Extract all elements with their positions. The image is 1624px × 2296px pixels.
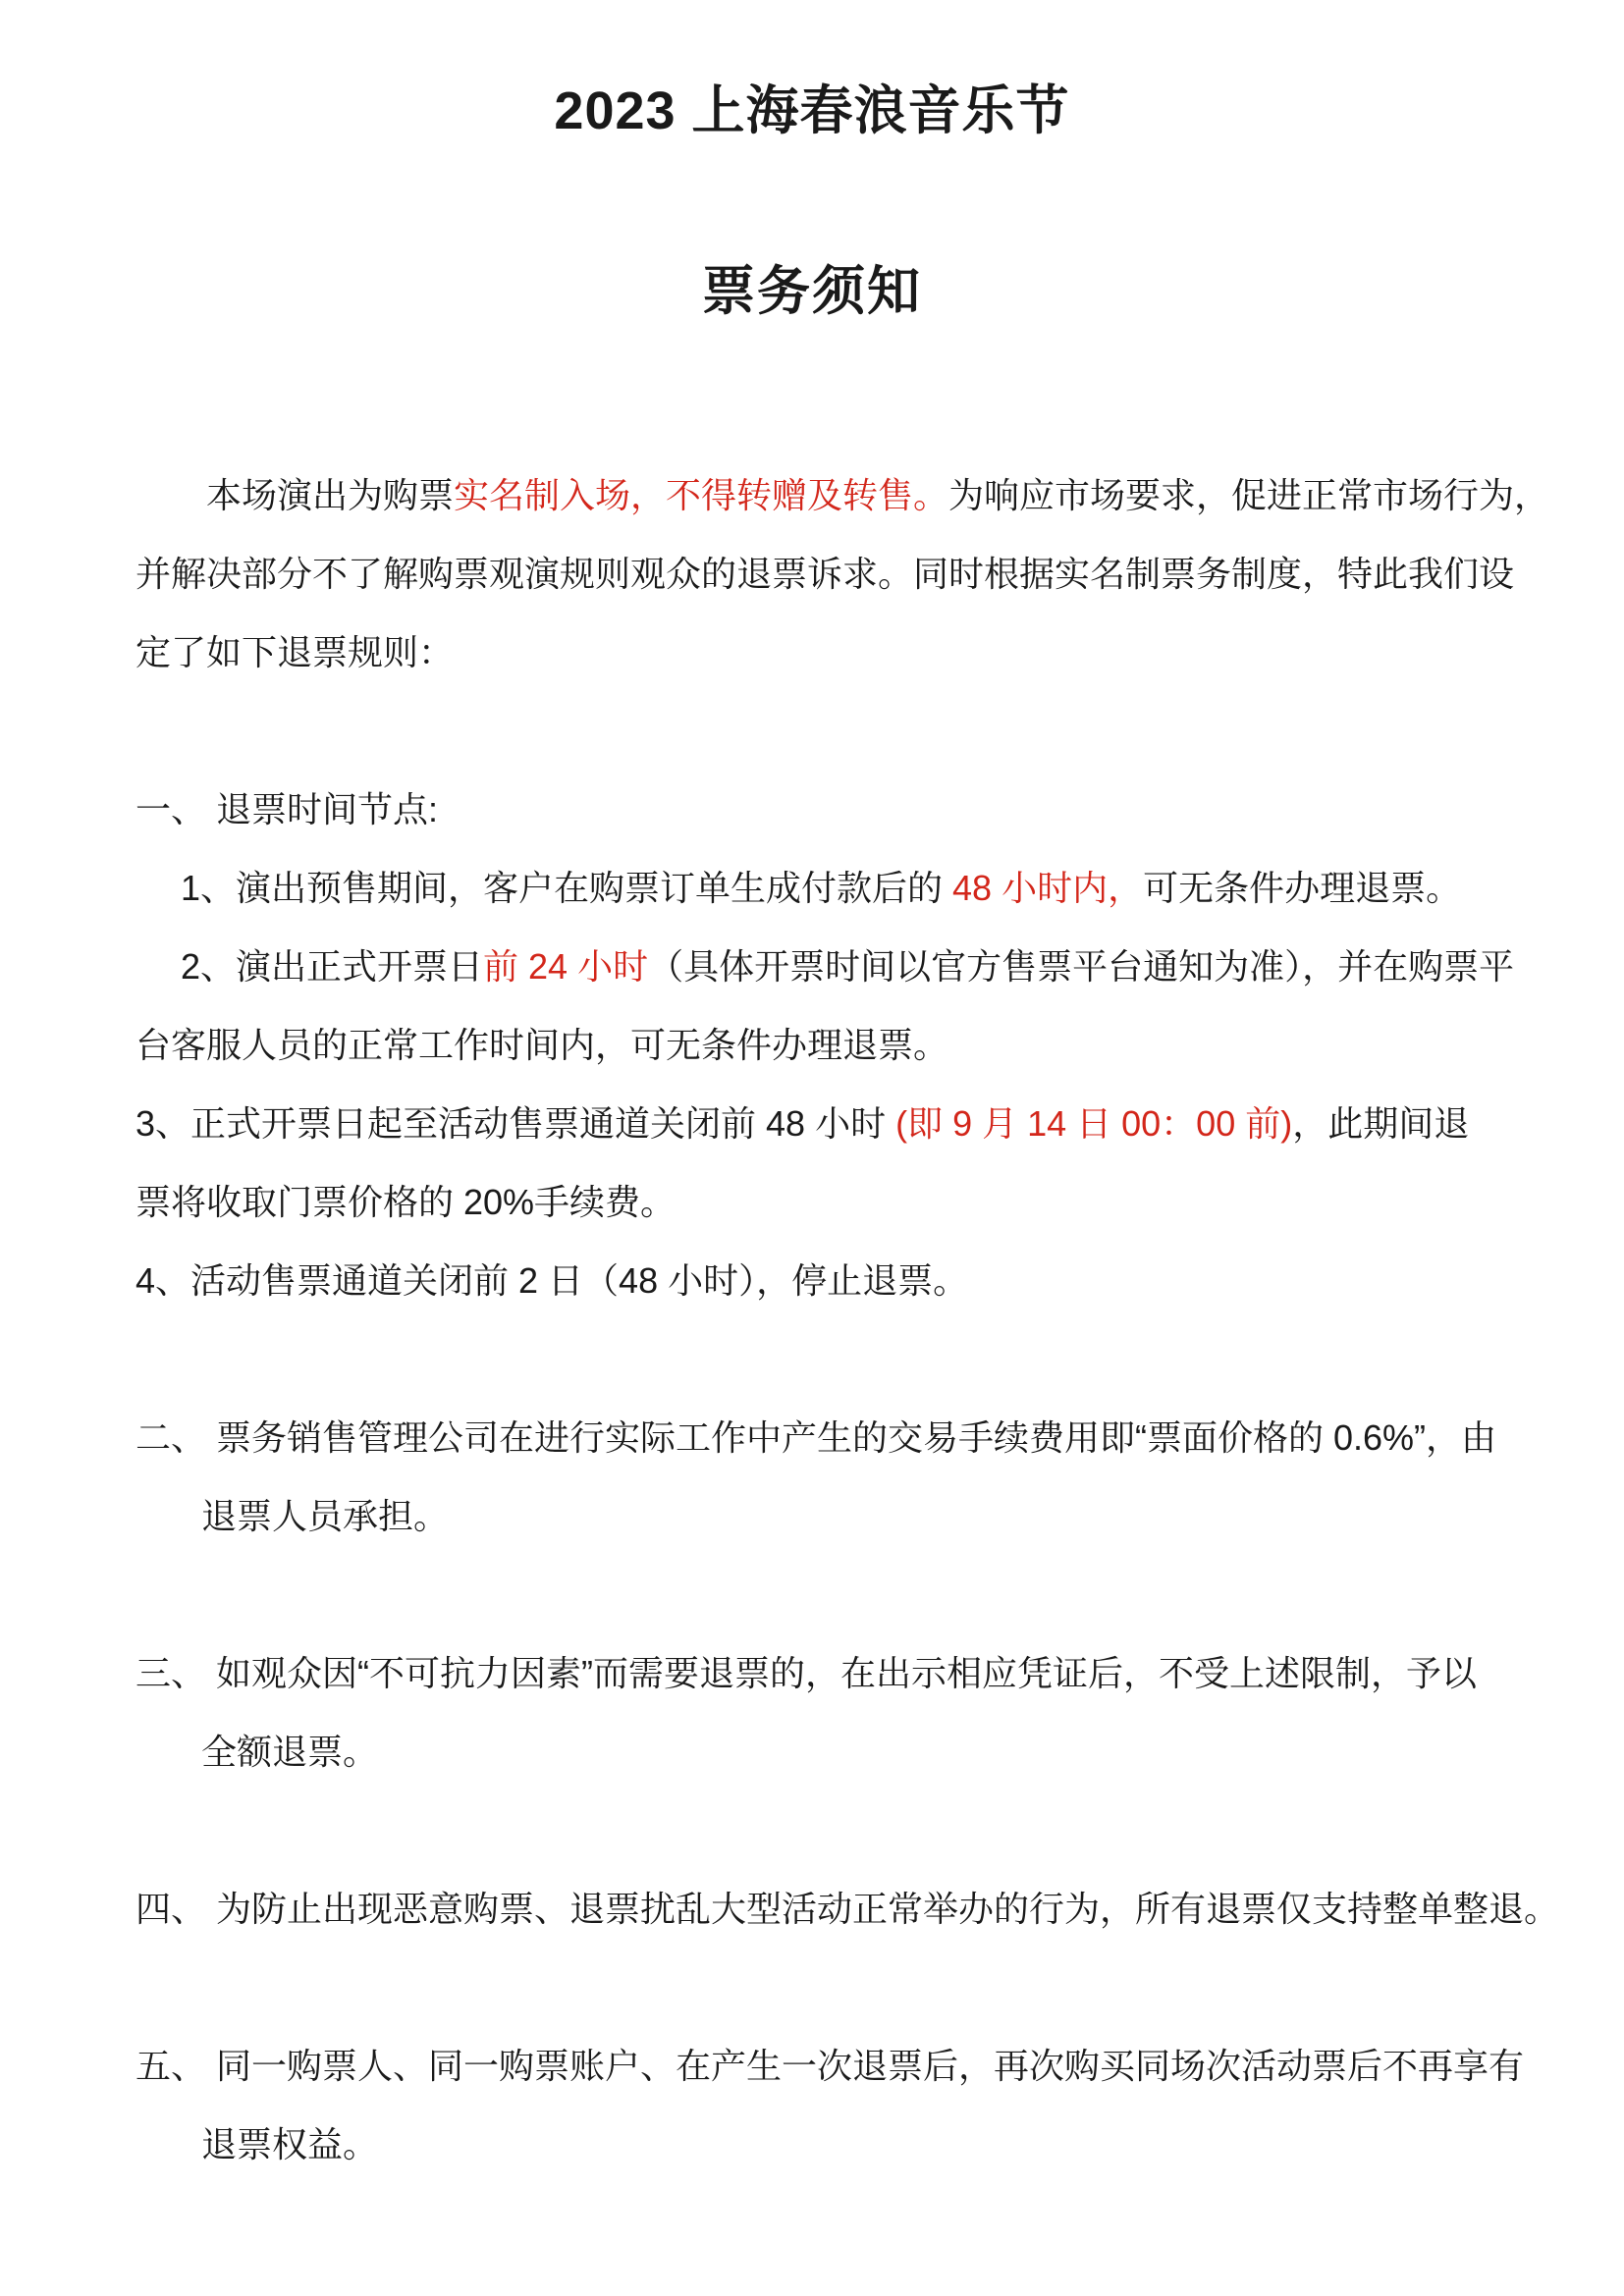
text-segment: 票将收取门票价格的 20%手续费。 [135, 1175, 676, 1225]
text-line: 一、 退票时间节点: [135, 768, 1565, 846]
text-line: 定了如下退票规则： [135, 611, 1565, 689]
text-segment: 可无条件办理退票。 [1143, 861, 1461, 911]
text-segment: 3、正式开票日起至活动售票通道关闭前 48 小时 [135, 1096, 895, 1147]
text-segment: 台客服人员的正常工作时间内，可无条件办理退票。 [135, 1018, 948, 1068]
text-segment: （具体开票时间以官方售票平台通知为准），并在购票平 [648, 939, 1514, 989]
text-segment: 三、 如观众因“不可抗力因素”而需要退票的，在出示相应凭证后，不受上述限制，予以 [135, 1646, 1477, 1696]
text-segment: 退票权益。 [201, 2117, 378, 2167]
text-segment: 2、演出正式开票日 [181, 939, 483, 989]
text-segment: 本场演出为购票 [206, 468, 454, 518]
text-segment: 全额退票。 [201, 1725, 378, 1775]
text-line: 2、演出正式开票日前 24 小时（具体开票时间以官方售票平台通知为准），并在购票… [135, 925, 1565, 1003]
text-line: 票将收取门票价格的 20%手续费。 [135, 1160, 1565, 1239]
highlighted-text: 前 24 小时 [483, 939, 648, 989]
text-segment: 并解决部分不了解购票观演规则观众的退票诉求。同时根据实名制票务制度，特此我们设 [135, 547, 1514, 597]
highlighted-text: 实名制入场，不得转赠及转售。 [454, 468, 948, 518]
text-segment: 五、 同一购票人、同一购票账户、在产生一次退票后，再次购买同场次活动票后不再享有 [135, 2039, 1524, 2089]
document-title: 2023 上海春浪音乐节 [0, 0, 1624, 141]
text-line: 本场演出为购票实名制入场，不得转赠及转售。为响应市场要求，促进正常市场行为， [135, 454, 1565, 532]
text-segment: 1、演出预售期间，客户在购票订单生成付款后的 [181, 861, 952, 911]
text-segment: 退票人员承担。 [201, 1489, 449, 1539]
line-spacer [135, 1789, 1565, 1867]
text-line: 二、 票务销售管理公司在进行实际工作中产生的交易手续费用即“票面价格的 0.6%… [135, 1396, 1565, 1474]
text-line: 3、正式开票日起至活动售票通道关闭前 48 小时 (即 9 月 14 日 00：… [135, 1082, 1565, 1160]
text-line: 4、活动售票通道关闭前 2 日（48 小时），停止退票。 [135, 1239, 1565, 1317]
text-line: 退票人员承担。 [135, 1474, 1565, 1553]
text-segment: 一、 退票时间节点: [135, 782, 438, 832]
text-line: 全额退票。 [135, 1710, 1565, 1789]
text-line: 并解决部分不了解购票观演规则观众的退票诉求。同时根据实名制票务制度，特此我们设 [135, 532, 1565, 611]
document-subtitle: 票务须知 [0, 261, 1624, 322]
highlighted-text: 48 小时内， [952, 861, 1143, 911]
line-spacer [135, 1946, 1565, 2024]
line-spacer [135, 1317, 1565, 1396]
line-spacer [135, 689, 1565, 768]
text-segment: 为响应市场要求，促进正常市场行为， [948, 468, 1549, 518]
text-line: 台客服人员的正常工作时间内，可无条件办理退票。 [135, 1003, 1565, 1082]
text-line: 四、 为防止出现恶意购票、退票扰乱大型活动正常举办的行为，所有退票仅支持整单整退… [135, 1867, 1565, 1946]
text-line: 退票权益。 [135, 2103, 1565, 2181]
text-segment: ，此期间退 [1292, 1096, 1469, 1147]
highlighted-text: (即 9 月 14 日 00：00 前) [895, 1096, 1292, 1147]
text-segment: 4、活动售票通道关闭前 2 日（48 小时），停止退票。 [135, 1254, 968, 1304]
text-line: 1、演出预售期间，客户在购票订单生成付款后的 48 小时内，可无条件办理退票。 [135, 846, 1565, 925]
document-body: 本场演出为购票实名制入场，不得转赠及转售。为响应市场要求，促进正常市场行为，并解… [0, 454, 1624, 2181]
text-line: 三、 如观众因“不可抗力因素”而需要退票的，在出示相应凭证后，不受上述限制，予以 [135, 1631, 1565, 1710]
document-page: 2023 上海春浪音乐节 票务须知 本场演出为购票实名制入场，不得转赠及转售。为… [0, 0, 1624, 2296]
line-spacer [135, 1553, 1565, 1631]
text-segment: 四、 为防止出现恶意购票、退票扰乱大型活动正常举办的行为，所有退票仅支持整单整退… [135, 1882, 1559, 1932]
text-segment: 定了如下退票规则： [135, 625, 454, 675]
text-line: 五、 同一购票人、同一购票账户、在产生一次退票后，再次购买同场次活动票后不再享有 [135, 2024, 1565, 2103]
text-segment: 二、 票务销售管理公司在进行实际工作中产生的交易手续费用即“票面价格的 0.6%… [135, 1411, 1496, 1461]
